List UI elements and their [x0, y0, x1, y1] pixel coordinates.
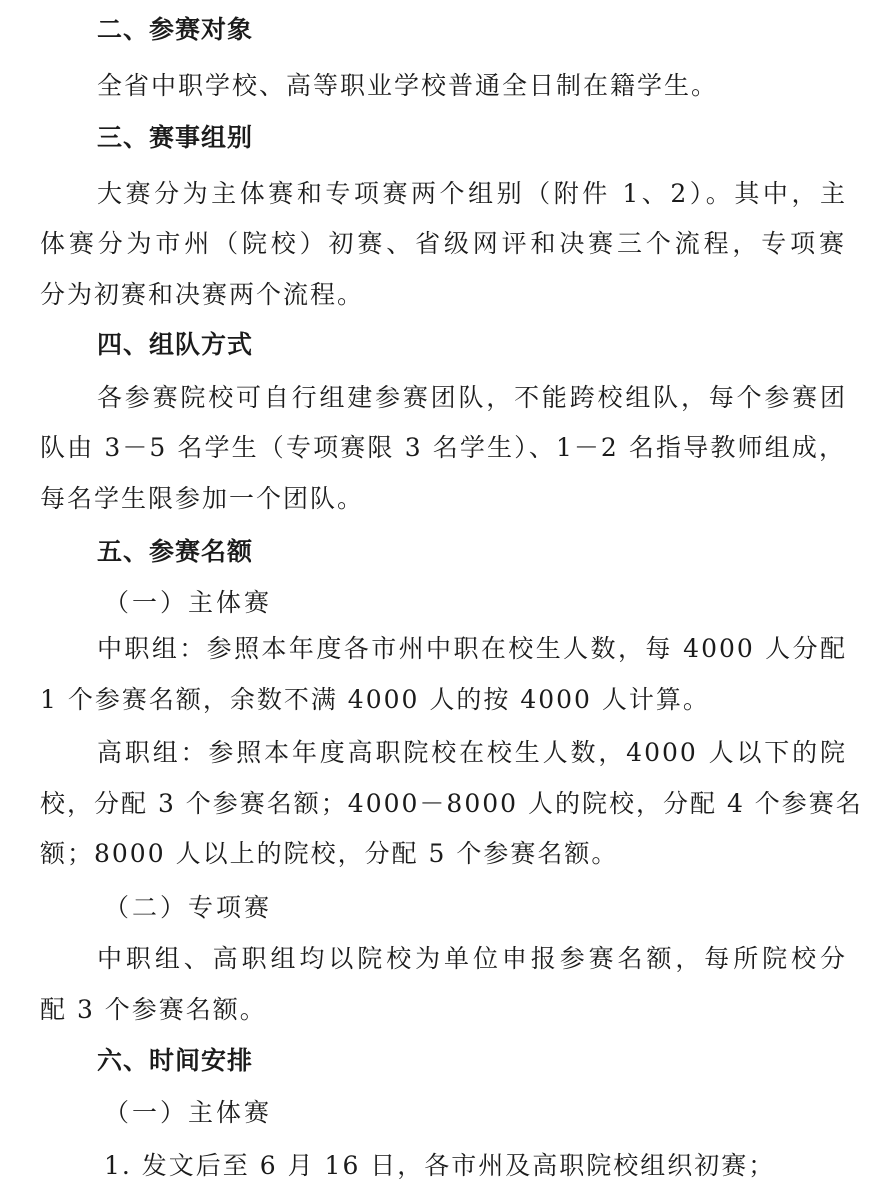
paragraph-line: 1. 发文后至 6 月 16 日，各市州及高职院校组织初赛； [104, 1150, 775, 1182]
subsection-title-special-competition: （二）专项赛 [104, 892, 272, 924]
section-heading-categories: 三、赛事组别 [97, 122, 253, 154]
section-heading-team-formation: 四、组队方式 [97, 329, 253, 361]
paragraph-line: 大赛分为主体赛和专项赛两个组别（附件 1、2）。其中，主 [97, 178, 847, 210]
paragraph-line: 配 3 个参赛名额。 [40, 994, 267, 1026]
subsection-title-main-competition-schedule: （一）主体赛 [104, 1097, 272, 1129]
section-heading-schedule: 六、时间安排 [97, 1045, 253, 1077]
paragraph-line: 队由 3－5 名学生（专项赛限 3 名学生）、1－2 名指导教师组成， [40, 432, 846, 464]
paragraph-line: 校，分配 3 个参赛名额；4000－8000 人的院校，分配 4 个参赛名 [40, 788, 846, 820]
paragraph-line: 中职组、高职组均以院校为单位申报参赛名额，每所院校分 [97, 943, 847, 975]
paragraph-line: 中职组：参照本年度各市州中职在校生人数，每 4000 人分配 [97, 633, 847, 665]
subsection-title-main-competition: （一）主体赛 [104, 587, 272, 619]
paragraph-line: 分为初赛和决赛两个流程。 [40, 279, 364, 311]
paragraph-line: 全省中职学校、高等职业学校普通全日制在籍学生。 [97, 70, 718, 102]
paragraph-line: 高职组：参照本年度高职院校在校生人数，4000 人以下的院 [97, 737, 847, 769]
paragraph-line: 每名学生限参加一个团队。 [40, 483, 364, 515]
section-heading-participants: 二、参赛对象 [97, 14, 253, 46]
paragraph-line: 额；8000 人以上的院校，分配 5 个参赛名额。 [40, 838, 618, 870]
paragraph-line: 体赛分为市州（院校）初赛、省级网评和决赛三个流程，专项赛 [40, 228, 846, 260]
paragraph-line: 1 个参赛名额，余数不满 4000 人的按 4000 人计算。 [40, 684, 710, 716]
section-heading-quota: 五、参赛名额 [97, 536, 253, 568]
paragraph-line: 各参赛院校可自行组建参赛团队，不能跨校组队，每个参赛团 [97, 382, 847, 414]
